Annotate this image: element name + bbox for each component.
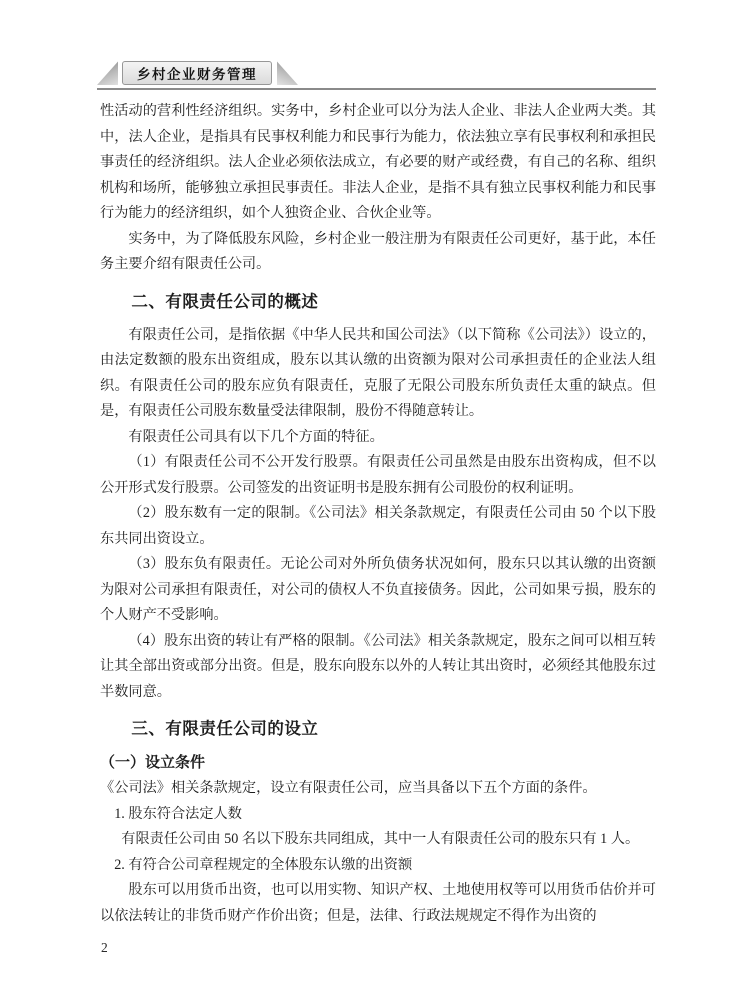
paragraph: 实务中，为了降低股东风险，乡村企业一般注册为有限责任公司更好，基于此，本任务主要… (100, 227, 656, 278)
paragraph: 《公司法》相关条款规定，设立有限责任公司，应当具备以下五个方面的条件。 (100, 776, 656, 802)
paragraph-feature-4: （4）股东出资的转让有严格的限制。《公司法》相关条款规定，股东之间可以相互转让其… (100, 629, 656, 706)
subsection-heading: （一）设立条件 (100, 750, 656, 776)
page-body-text: 性活动的营利性经济组织。实务中，乡村企业可以分为法人企业、非法人企业两大类。其中… (100, 99, 656, 929)
paragraph-feature-3: （3）股东负有限责任。无论公司对外所负债务状况如何，股东只以其认缴的出资额为限对… (100, 552, 656, 629)
banner-row: 乡村企业财务管理 (97, 61, 656, 85)
numbered-item-2: 2. 有符合公司章程规定的全体股东认缴的出资额 (100, 853, 656, 879)
banner-left-pennant-icon (97, 61, 118, 85)
header-divider-line (97, 88, 656, 90)
book-page: 乡村企业财务管理 性活动的营利性经济组织。实务中，乡村企业可以分为法人企业、非法… (0, 0, 750, 1000)
banner-right-pennant-icon (277, 61, 298, 85)
paragraph-feature-2: （2）股东数有一定的限制。《公司法》相关条款规定，有限责任公司由 50 个以下股… (100, 501, 656, 552)
running-head: 乡村企业财务管理 (97, 61, 656, 90)
numbered-item-1: 1. 股东符合法定人数 (100, 802, 656, 828)
paragraph-continuation: 性活动的营利性经济组织。实务中，乡村企业可以分为法人企业、非法人企业两大类。其中… (100, 99, 656, 227)
paragraph: 有限责任公司，是指依据《中华人民共和国公司法》（以下简称《公司法》）设立的，由法… (100, 323, 656, 425)
paragraph: 股东可以用货币出资，也可以用实物、知识产权、土地使用权等可以用货币估价并可以依法… (100, 878, 656, 929)
paragraph: 有限责任公司由 50 名以下股东共同组成，其中一人有限责任公司的股东只有 1 人… (100, 827, 656, 853)
paragraph-feature-1: （1）有限责任公司不公开发行股票。有限责任公司虽然是由股东出资构成，但不以公开形… (100, 450, 656, 501)
section-heading-3: 三、有限责任公司的设立 (100, 716, 656, 742)
paragraph: 有限责任公司具有以下几个方面的特征。 (100, 425, 656, 451)
chapter-banner-title: 乡村企业财务管理 (122, 61, 272, 85)
section-heading-2: 二、有限责任公司的概述 (100, 289, 656, 315)
page-number: 2 (101, 940, 108, 956)
